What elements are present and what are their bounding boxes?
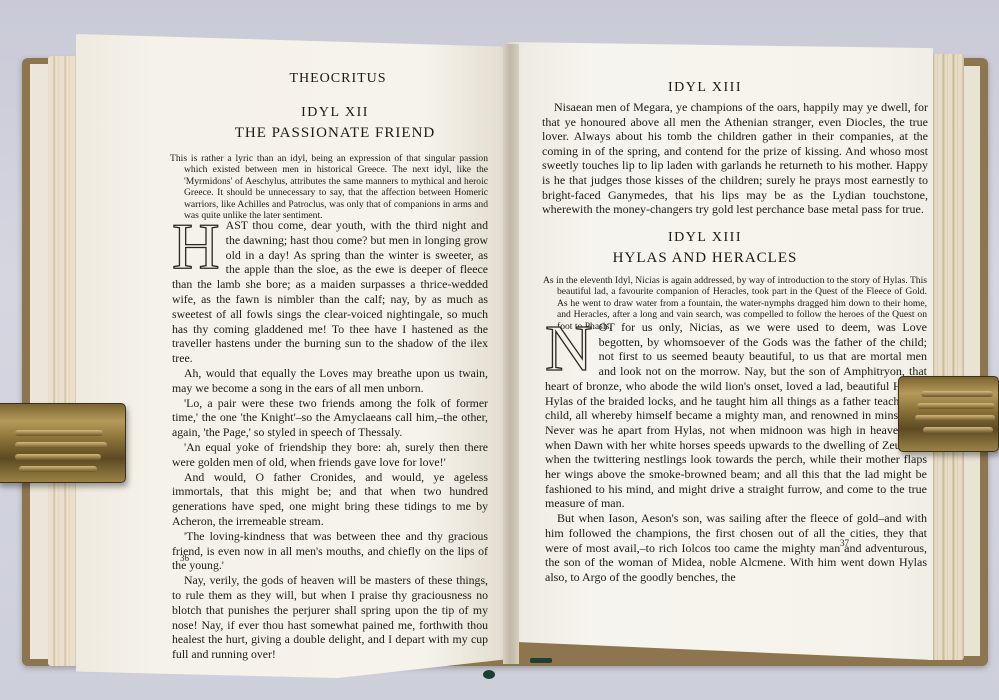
paragraph: And would, O father Cronides, and would,…: [172, 470, 488, 529]
clamp-finger: [915, 415, 995, 421]
clamp-finger: [917, 403, 995, 409]
brass-hand-clamp-left[interactable]: [0, 403, 126, 483]
paragraph: NOT for us only, Nicias, as we were used…: [545, 320, 927, 511]
ribbon-bookmark[interactable]: [483, 670, 495, 679]
paragraph: HAST thou come, dear youth, with the thi…: [172, 218, 488, 366]
clamp-finger: [19, 466, 97, 472]
paragraph: But when Iason, Aeson's son, was sailing…: [545, 511, 927, 585]
clamp-finger: [923, 427, 993, 433]
idyl-title-right: HYLAS AND HERACLES: [575, 250, 835, 267]
right-opening-text: Nisaean men of Megara, ye champions of t…: [542, 100, 928, 217]
paragraph: 'The loving-kindness that was between th…: [172, 529, 488, 573]
clamp-finger: [15, 430, 103, 436]
left-body-text: HAST thou come, dear youth, with the thi…: [172, 218, 488, 662]
running-head: THEOCRITUS: [238, 71, 438, 87]
dropcap: N: [545, 322, 593, 376]
paragraph: Ah, would that equally the Loves may bre…: [172, 366, 488, 396]
clamp-finger: [921, 391, 993, 397]
idyl-title: THE PASSIONATE FRIEND: [190, 125, 480, 142]
paragraph: 'Lo, a pair were these two friends among…: [172, 396, 488, 440]
running-head-right: IDYL XIII: [610, 80, 800, 96]
dropcap: H: [172, 220, 220, 274]
paragraph: Nay, verily, the gods of heaven will be …: [172, 573, 488, 662]
right-body-text: NOT for us only, Nicias, as we were used…: [545, 320, 927, 585]
page-number-right: 37: [840, 538, 849, 548]
clamp-finger: [15, 454, 101, 460]
clamp-finger: [15, 442, 107, 448]
idyl-number-right: IDYL XIII: [610, 230, 800, 246]
page-edges-right: [928, 54, 964, 660]
book-gutter: [503, 44, 519, 664]
ribbon-bookmark-end: [530, 658, 552, 663]
brass-hand-clamp-right[interactable]: [898, 376, 999, 452]
idyl-number: IDYL XII: [230, 105, 440, 121]
paragraph: 'An equal yoke of friendship they bore: …: [172, 440, 488, 470]
paragraph: Nisaean men of Megara, ye champions of t…: [542, 100, 928, 217]
page-number-left: 36: [180, 553, 189, 563]
